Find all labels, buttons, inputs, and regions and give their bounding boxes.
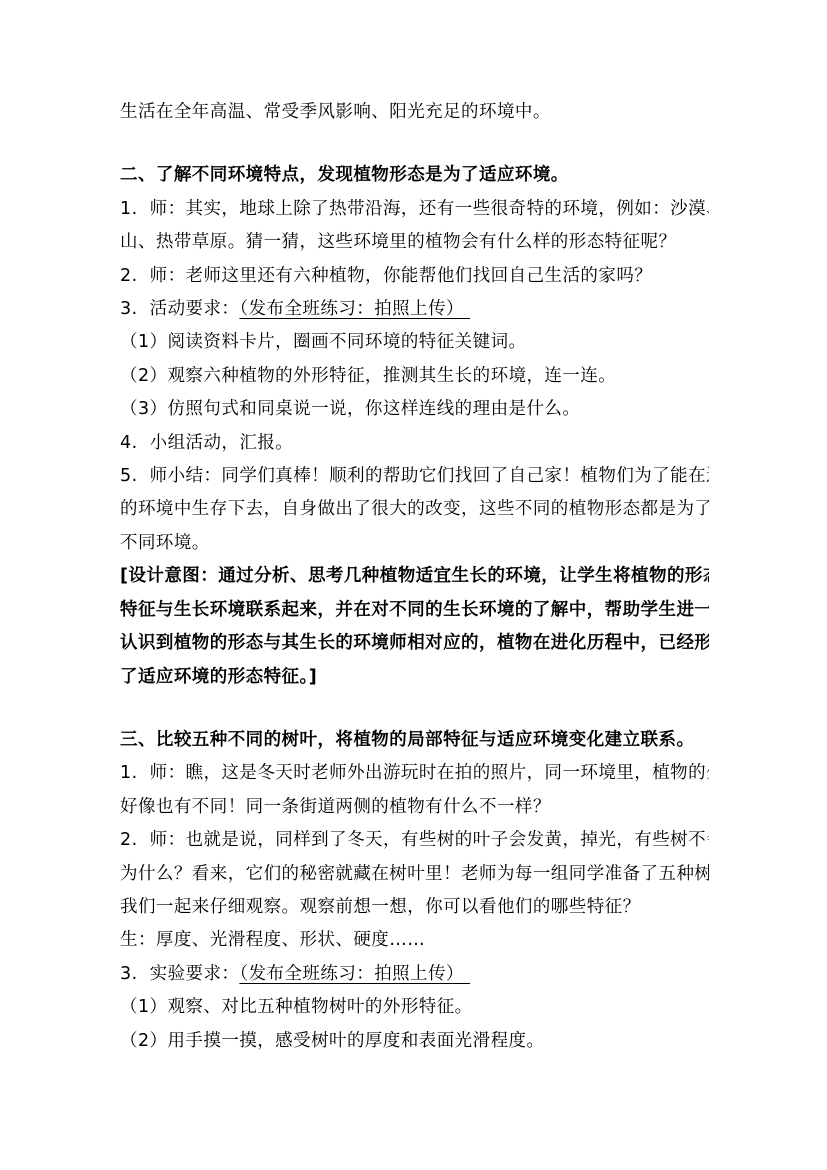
text-segment: 1. 师：瞧，这是冬天时老师外出游玩时在拍的照片，同一环境里，植物的外观 (120, 763, 709, 783)
text-line: （2）用手摸一摸，感受树叶的厚度和表面光滑程度。 (120, 1025, 709, 1058)
text-segment: 2. 师：老师这里还有六种植物，你能帮他们找回自己生活的家吗？ (120, 266, 652, 286)
text-segment: 不同环境。 (120, 533, 210, 553)
text-line: 3. 实验要求：（发布全班练习：拍照上传） (120, 958, 709, 991)
text-line: （1）阅读资料卡片，圈画不同环境的特征关键词。 (120, 326, 709, 359)
text-line: 4. 小组活动，汇报。 (120, 427, 709, 460)
text-segment: 生：厚度、光滑程度、形状、硬度…… (120, 930, 425, 950)
underlined-text: （发布全班练习：拍照上传） (239, 299, 470, 319)
document-page: 生活在全年高温、常受季风影响、阳光充足的环境中。二、了解不同环境特点，发现植物形… (0, 0, 827, 1170)
text-segment: 2. 师：也就是说，同样到了冬天，有些树的叶子会发黄，掉光，有些树不会， (120, 830, 709, 850)
text-line: 山、热带草原。猜一猜，这些环境里的植物会有什么样的形态特征呢？ (120, 226, 709, 259)
text-segment: （1）观察、对比五种植物树叶的外形特征。 (120, 997, 473, 1017)
design-note-line: 特征与生长环境联系起来，并在对不同的生长环境的了解中，帮助学生进一步 (120, 594, 709, 627)
text-segment: 为什么？看来，它们的秘密就藏在树叶里！老师为每一组同学准备了五种树叶， (120, 864, 709, 884)
text-segment: 1. 师：其实，地球上除了热带沿海，还有一些很奇特的环境，例如：沙漠、高 (120, 199, 709, 219)
design-note-line: 了适应环境的形态特征。] (120, 661, 709, 694)
text-line: 的环境中生存下去，自身做出了很大的改变，这些不同的植物形态都是为了适应 (120, 493, 709, 526)
text-line: 不同环境。 (120, 527, 709, 560)
design-note-line: [设计意图：通过分析、思考几种植物适宜生长的环境，让学生将植物的形态 (120, 560, 709, 593)
text-line: 我们一起来仔细观察。观察前想一想，你可以看他们的哪些特征？ (120, 891, 709, 924)
text-line: 为什么？看来，它们的秘密就藏在树叶里！老师为每一组同学准备了五种树叶， (120, 858, 709, 891)
text-segment: 生活在全年高温、常受季风影响、阳光充足的环境中。 (120, 102, 551, 122)
text-segment: 二、了解不同环境特点，发现植物形态是为了适应环境。 (120, 165, 569, 185)
text-line: （3）仿照句式和同桌说一说，你这样连线的理由是什么。 (120, 393, 709, 426)
text-segment: 5. 师小结：同学们真棒！顺利的帮助它们找回了自己家！植物们为了能在这样 (120, 466, 709, 486)
text-line: （1）观察、对比五种植物树叶的外形特征。 (120, 991, 709, 1024)
text-line: 1. 师：瞧，这是冬天时老师外出游玩时在拍的照片，同一环境里，植物的外观 (120, 757, 709, 790)
underlined-text: （发布全班练习：拍照上传） (239, 964, 470, 984)
text-segment: （3）仿照句式和同桌说一说，你这样连线的理由是什么。 (120, 399, 580, 419)
text-segment: 我们一起来仔细观察。观察前想一想，你可以看他们的哪些特征？ (120, 897, 641, 917)
section-heading-2: 二、了解不同环境特点，发现植物形态是为了适应环境。 (120, 159, 709, 192)
text-line: 2. 师：老师这里还有六种植物，你能帮他们找回自己生活的家吗？ (120, 260, 709, 293)
text-segment: 特征与生长环境联系起来，并在对不同的生长环境的了解中，帮助学生进一步 (120, 600, 709, 620)
section-heading-3: 三、比较五种不同的树叶，将植物的局部特征与适应环境变化建立联系。 (120, 724, 709, 757)
text-line: 3. 活动要求：（发布全班练习：拍照上传） (120, 293, 709, 326)
text-segment: （2）观察六种植物的外形特征，推测其生长的环境，连一连。 (120, 366, 616, 386)
text-segment: 3. 活动要求： (120, 299, 239, 319)
text-segment: 4. 小组活动，汇报。 (120, 433, 293, 453)
design-note-line: 认识到植物的形态与其生长的环境师相对应的，植物在进化历程中，已经形成 (120, 627, 709, 660)
text-segment: （2）用手摸一摸，感受树叶的厚度和表面光滑程度。 (120, 1031, 544, 1051)
text-segment: （1）阅读资料卡片，圈画不同环境的特征关键词。 (120, 332, 526, 352)
text-line: 5. 师小结：同学们真棒！顺利的帮助它们找回了自己家！植物们为了能在这样 (120, 460, 709, 493)
text-line: 生：厚度、光滑程度、形状、硬度…… (120, 924, 709, 957)
text-segment: 了适应环境的形态特征。] (120, 667, 317, 687)
text-segment: 3. 实验要求： (120, 964, 239, 984)
text-line: 生活在全年高温、常受季风影响、阳光充足的环境中。 (120, 96, 709, 129)
text-line: 好像也有不同！同一条街道两侧的植物有什么不一样？ (120, 791, 709, 824)
text-segment: [设计意图：通过分析、思考几种植物适宜生长的环境，让学生将植物的形态 (120, 566, 709, 586)
text-line: 2. 师：也就是说，同样到了冬天，有些树的叶子会发黄，掉光，有些树不会， (120, 824, 709, 857)
text-segment: 三、比较五种不同的树叶，将植物的局部特征与适应环境变化建立联系。 (120, 730, 694, 750)
text-segment: 的环境中生存下去，自身做出了很大的改变，这些不同的植物形态都是为了适应 (120, 499, 709, 519)
text-segment: 认识到植物的形态与其生长的环境师相对应的，植物在进化历程中，已经形成 (120, 633, 709, 653)
text-segment: 好像也有不同！同一条街道两侧的植物有什么不一样？ (120, 797, 551, 817)
text-segment: 山、热带草原。猜一猜，这些环境里的植物会有什么样的形态特征呢？ (120, 232, 676, 252)
document-content: 生活在全年高温、常受季风影响、阳光充足的环境中。二、了解不同环境特点，发现植物形… (120, 96, 709, 1058)
text-line: 1. 师：其实，地球上除了热带沿海，还有一些很奇特的环境，例如：沙漠、高 (120, 193, 709, 226)
text-line: （2）观察六种植物的外形特征，推测其生长的环境，连一连。 (120, 360, 709, 393)
